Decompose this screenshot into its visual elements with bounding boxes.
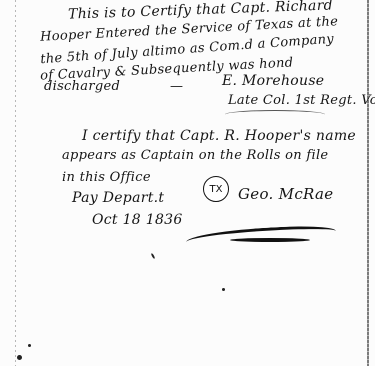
ink-speck [222, 288, 225, 291]
signature-flourish-1 [225, 110, 325, 119]
certificate-date: Oct 18 1836 [92, 212, 183, 228]
tx-stamp-label: TX [210, 184, 223, 195]
ink-speck [151, 253, 156, 259]
ink-speck [17, 355, 22, 360]
tx-stamp-icon: TX [203, 176, 229, 202]
signature-morehouse: E. Morehouse [222, 73, 324, 89]
left-page-edge [15, 0, 16, 366]
certificate-2-line-1: I certify that Capt. R. Hooper's name [82, 128, 356, 144]
signature-morehouse-title: Late Col. 1st Regt. Vol. [228, 93, 375, 108]
certificate-1-dash: — [170, 79, 183, 94]
document-page: This is to Certify that Capt. Richard Ho… [0, 0, 375, 366]
pay-department: Pay Depart.t [72, 190, 164, 206]
signature-mcrae: Geo. McRae [238, 185, 333, 203]
signature-flourish-2 [186, 224, 337, 249]
ink-speck [28, 344, 31, 347]
signature-flourish-2-stroke [230, 238, 310, 242]
certificate-1-line-5: discharged [44, 79, 120, 94]
right-page-edge [367, 0, 369, 366]
certificate-2-line-3: in this Office [62, 170, 151, 185]
certificate-2-line-2: appears as Captain on the Rolls on file [62, 148, 328, 163]
